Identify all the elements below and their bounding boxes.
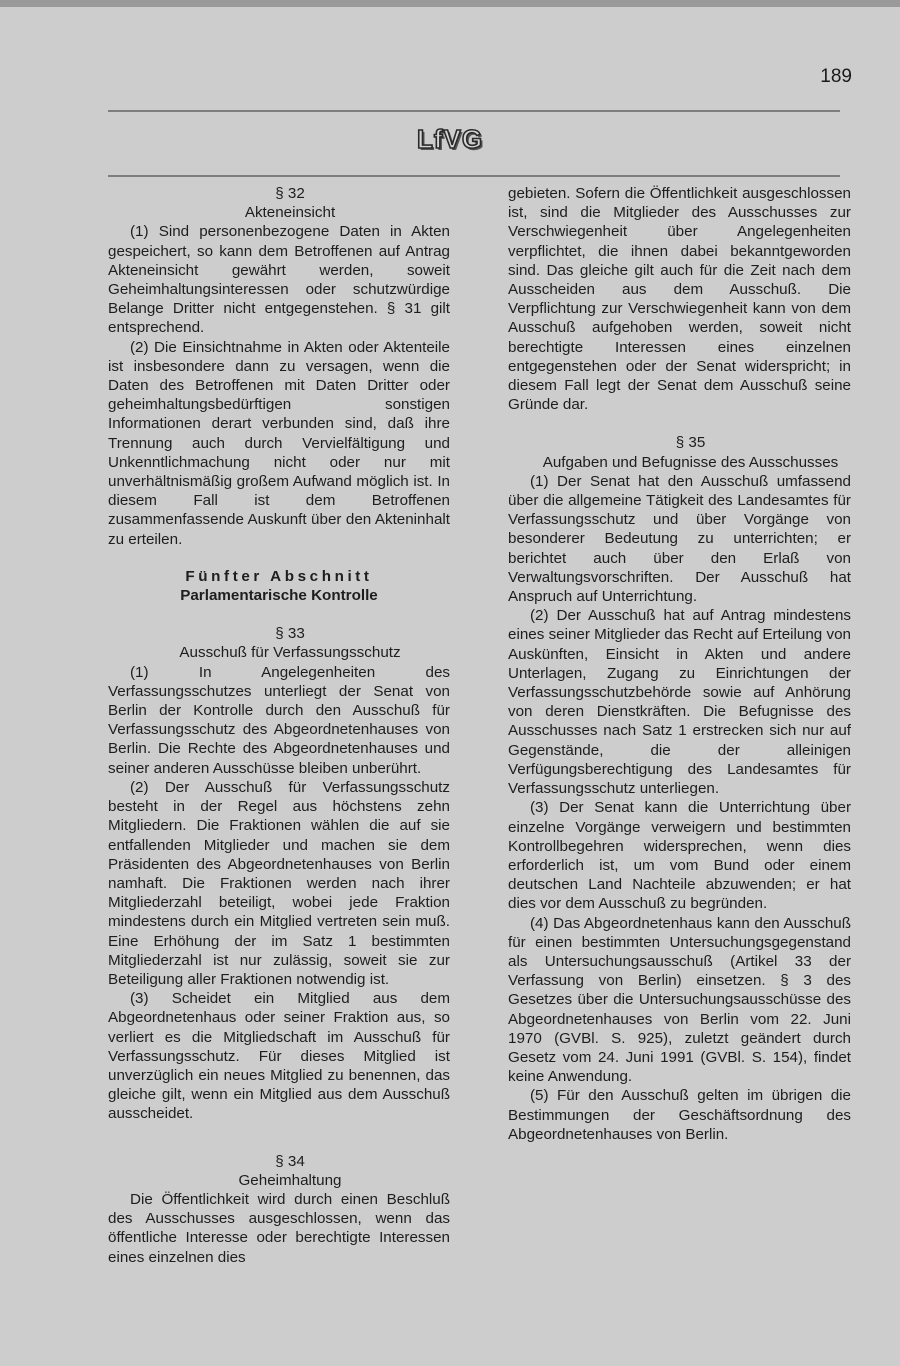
page-number: 189 <box>820 66 852 88</box>
paragraph: (1) Der Senat hat den Ausschuß umfassend… <box>508 472 851 606</box>
section-number: § 33 <box>108 624 450 643</box>
paragraph: (1) In Angelegenheiten des Verfassungssc… <box>108 663 450 778</box>
section-title: Akteneinsicht <box>108 203 450 222</box>
section-title: Aufgaben und Befugnisse des Ausschusses <box>508 453 851 472</box>
header-rule-bottom <box>108 175 840 177</box>
paragraph-continued: gebieten. Sofern die Öffentlichkeit ausg… <box>508 184 851 414</box>
paragraph: (3) Der Senat kann die Unterrichtung übe… <box>508 798 851 913</box>
paragraph: (2) Die Einsichtnahme in Akten oder Akte… <box>108 338 450 549</box>
section-33: § 33 Ausschuß für Verfassungsschutz (1) … <box>108 624 450 1123</box>
section-number: § 32 <box>108 184 450 203</box>
paragraph: Die Öffentlichkeit wird durch einen Besc… <box>108 1190 450 1267</box>
section-34: § 34 Geheimhaltung Die Öffentlichkeit wi… <box>108 1152 450 1267</box>
paragraph: (2) Der Ausschuß für Verfassungsschutz b… <box>108 778 450 989</box>
part-heading: Fünfter Abschnitt <box>108 567 450 586</box>
paragraph: (3) Scheidet ein Mitglied aus dem Abgeor… <box>108 989 450 1123</box>
right-column: gebieten. Sofern die Öffentlichkeit ausg… <box>508 184 851 1144</box>
section-number: § 34 <box>108 1152 450 1171</box>
paragraph: (5) Für den Ausschuß gelten im übrigen d… <box>508 1086 851 1144</box>
section-title: Ausschuß für Verfassungsschutz <box>108 643 450 662</box>
section-32: § 32 Akteneinsicht (1) Sind personenbezo… <box>108 184 450 549</box>
paragraph: (4) Das Abgeordnetenhaus kann den Aussch… <box>508 914 851 1087</box>
running-title: LfVG <box>0 124 900 155</box>
part-subheading: Parlamentarische Kontrolle <box>108 586 450 605</box>
section-title: Geheimhaltung <box>108 1171 450 1190</box>
paragraph: (2) Der Ausschuß hat auf Antrag mindeste… <box>508 606 851 798</box>
left-column: § 32 Akteneinsicht (1) Sind personenbezo… <box>108 184 450 1267</box>
section-number: § 35 <box>508 433 851 452</box>
section-35: § 35 Aufgaben und Befugnisse des Ausschu… <box>508 433 851 1144</box>
paragraph: (1) Sind personenbezogene Daten in Akten… <box>108 222 450 337</box>
header-rule-top <box>108 110 840 112</box>
scan-top-edge <box>0 0 900 7</box>
